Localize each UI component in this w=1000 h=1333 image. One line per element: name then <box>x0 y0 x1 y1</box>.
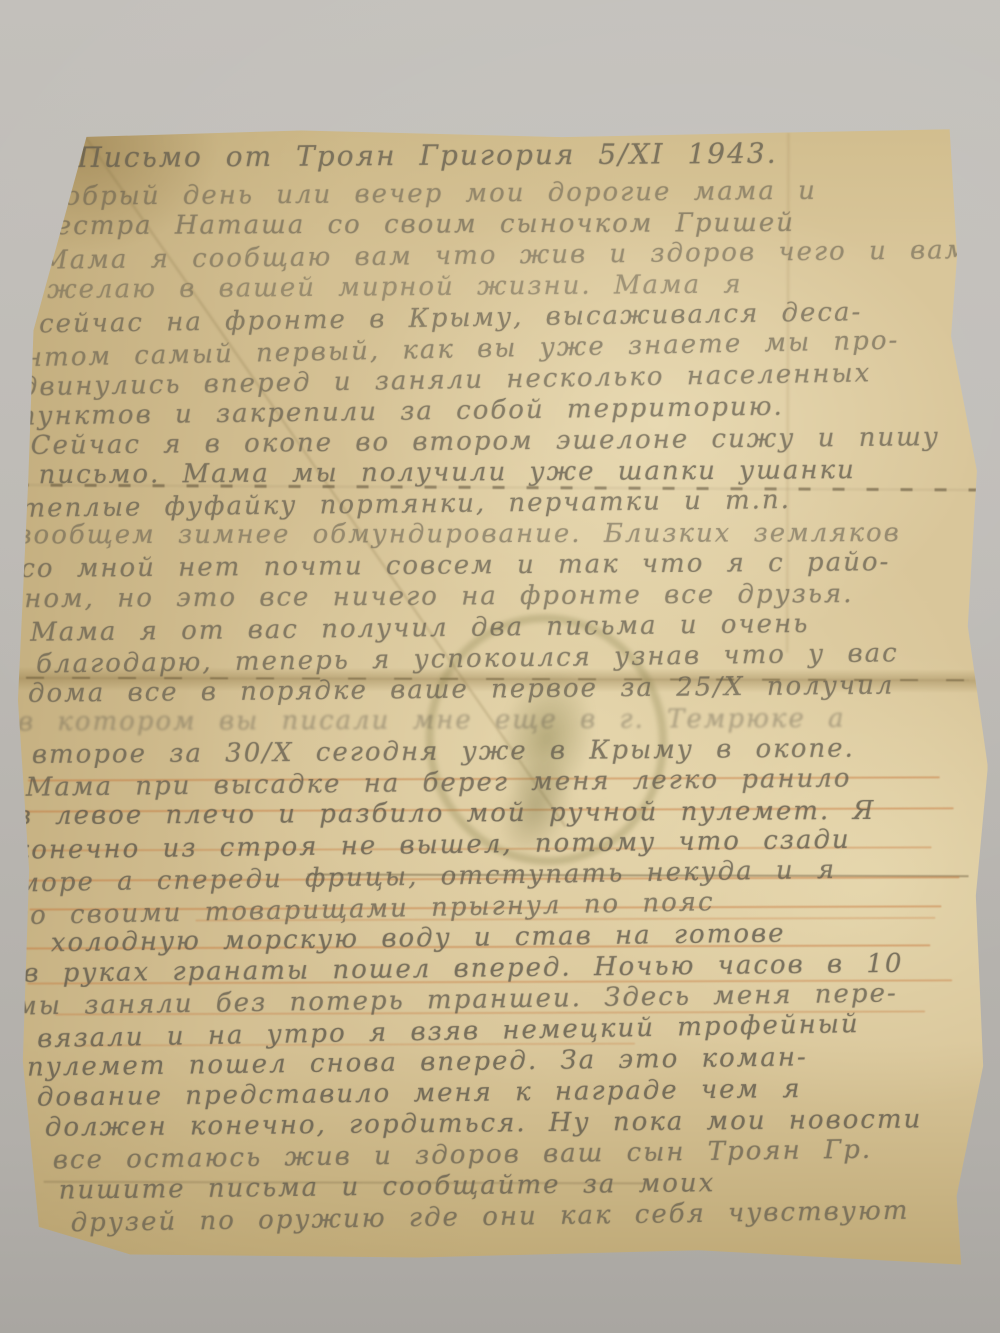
handwritten-text: Письмо от Троян Григория 5/XI 1943. Добр… <box>37 135 1000 1270</box>
photo-background: Письмо от Троян Григория 5/XI 1943. Добр… <box>0 0 1000 1333</box>
letter-line: вв <box>54 1229 1000 1266</box>
letter-paper: Письмо от Троян Григория 5/XI 1943. Добр… <box>15 125 990 1270</box>
letter-line: вообщем зимнее обмундирование. Близких з… <box>16 518 1000 552</box>
letter-heading: Письмо от Троян Григория 5/XI 1943. <box>77 133 1000 181</box>
